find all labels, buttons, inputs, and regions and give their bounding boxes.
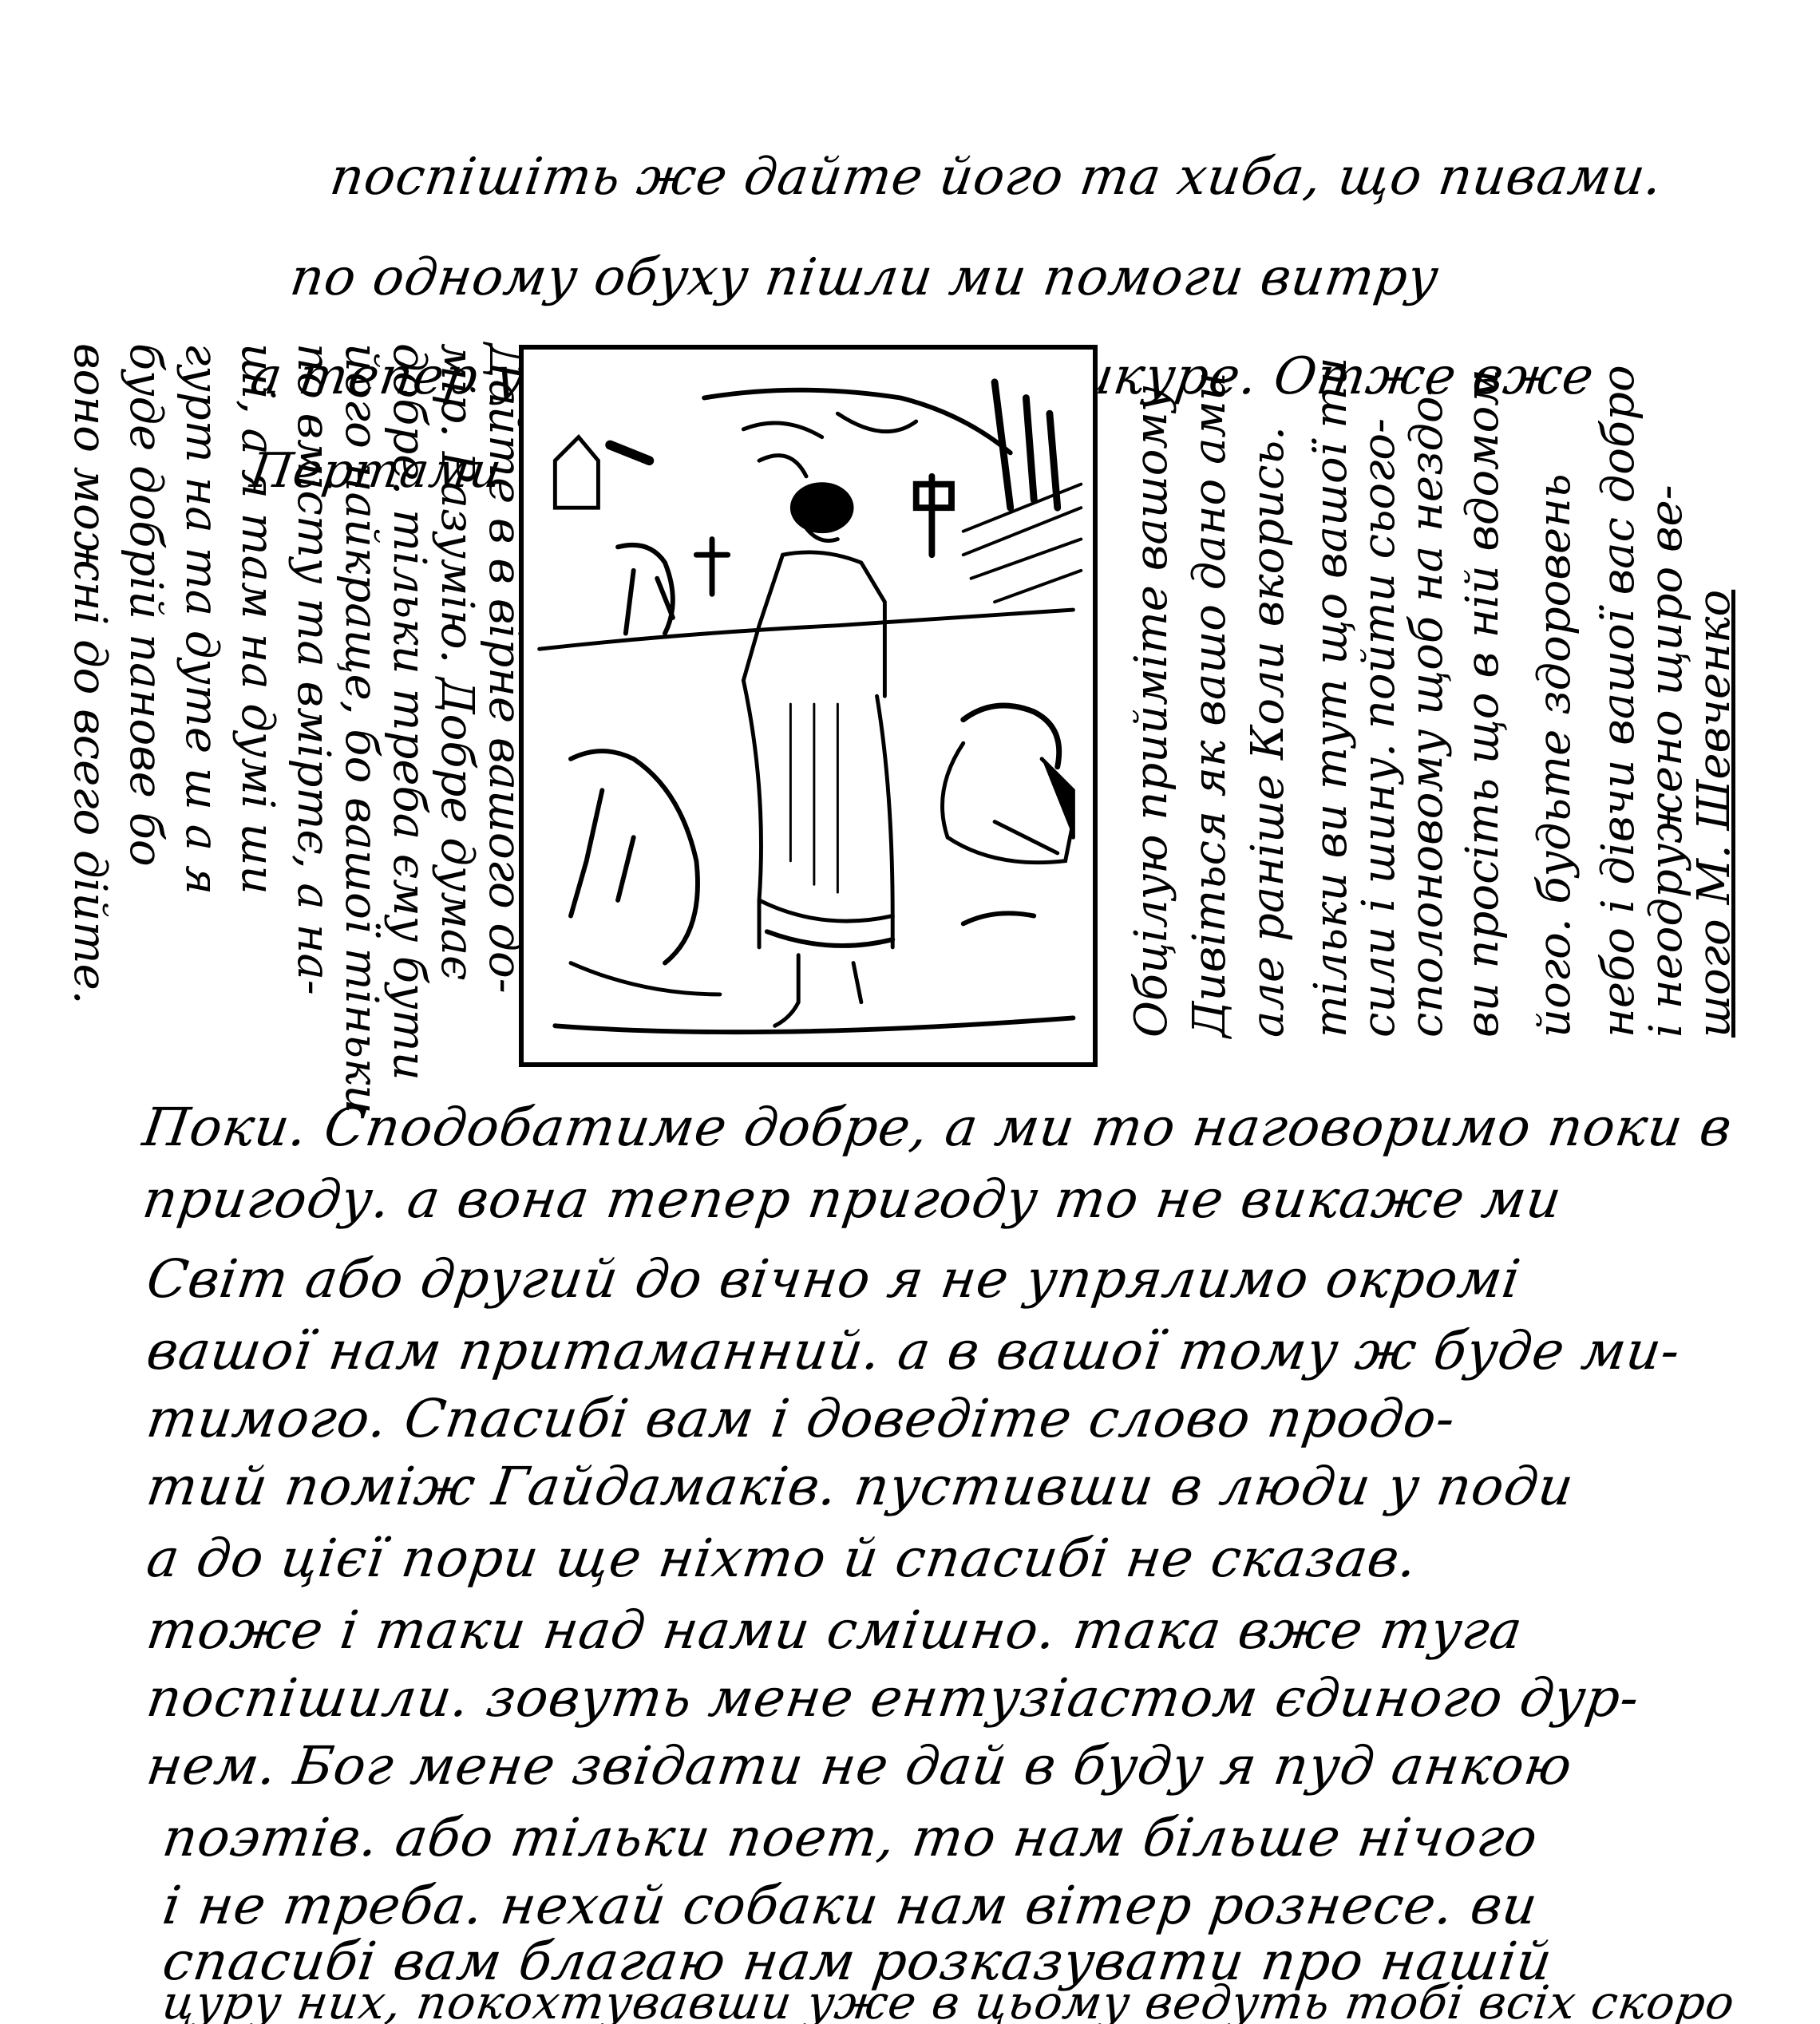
top-line-2: по одному обуху пішли ми помоги витру <box>287 252 1442 303</box>
right-col-line: ви просіть що в ній вдомом <box>1461 369 1505 1038</box>
bottom-line-6: тий поміж Гайдамаків. пустивши в люди у … <box>144 1461 1577 1513</box>
right-col-line: Дивіться як вашо дано ами <box>1188 372 1232 1038</box>
right-col-line: небо і дівчи вашої вас добро <box>1596 365 1641 1038</box>
top-line-1: поспішіть же дайте його та хиба, що пива… <box>327 152 1666 203</box>
bottom-line-3: Світ або другий до вічно я не упрялимо о… <box>144 1253 1524 1306</box>
bottom-line-8: тоже і таки над нами смішно. така вже ту… <box>144 1604 1525 1657</box>
bottom-line-12: і не треба. нехай собаки нам вітер розне… <box>160 1880 1541 1932</box>
right-col-line: і неодружено щиро ве- <box>1644 484 1689 1038</box>
right-col-line: тільки ви тут що вашої ти <box>1309 357 1354 1038</box>
bottom-line-4: вашої нам притаманний. а в вашої тому ж … <box>144 1325 1683 1378</box>
right-col-line: його. будьте здоровень <box>1533 473 1577 1038</box>
left-col-line: буде добрій панове бо <box>123 343 168 867</box>
right-col-line: сили і шину. пойти сього- <box>1357 418 1402 1038</box>
bottom-line-10: нем. Бог мене звідати не дай в буду я пу… <box>144 1740 1576 1793</box>
signature-line: шого М. Шевченко <box>1692 590 1737 1038</box>
bottom-line-2: пригоду. а вона тепер пригоду то не вика… <box>140 1173 1565 1226</box>
left-col-line: мір. Разумію. Добре думає <box>434 343 479 981</box>
sketch-drawing <box>524 350 1093 1062</box>
bottom-line-1: Поки. Сподобатиме добре, а ми то наговор… <box>140 1101 1735 1154</box>
left-col-line: ші, а я там на думі ши <box>235 343 279 895</box>
right-col-line: Обцілую прийміте вашому <box>1130 386 1174 1038</box>
right-col-line: але раніше Коли вкорись. <box>1246 426 1291 1038</box>
bottom-line-7: а до цієї пори ще ніхто й спасибі не ска… <box>144 1532 1421 1585</box>
bottom-line-11: поэтів. або тільки поет, то нам більше н… <box>160 1812 1541 1864</box>
left-col-line: його найкраще, бо вашої тіньки <box>338 343 383 1113</box>
ink-sketch-illustration <box>519 345 1098 1067</box>
left-col-line: воно можні до всего дійте. <box>67 343 112 1005</box>
left-col-line: по вмісту та вміртє, а на- <box>291 343 335 995</box>
left-col-line: гурт на та дуте ш а я <box>179 343 224 895</box>
bottom-line-14: цуру них, покохтувавши уже в цьому ведут… <box>160 1979 1738 2024</box>
bottom-line-9: поспішили. зовуть мене ентузіастом єдино… <box>144 1672 1643 1725</box>
right-col-line: сполоновому щоб на нездо- <box>1405 381 1450 1038</box>
bottom-line-5: тимого. Спасибі вам і доведіте слово про… <box>144 1393 1458 1445</box>
left-col-line: добре. тільки треба єму бути <box>386 343 431 1081</box>
